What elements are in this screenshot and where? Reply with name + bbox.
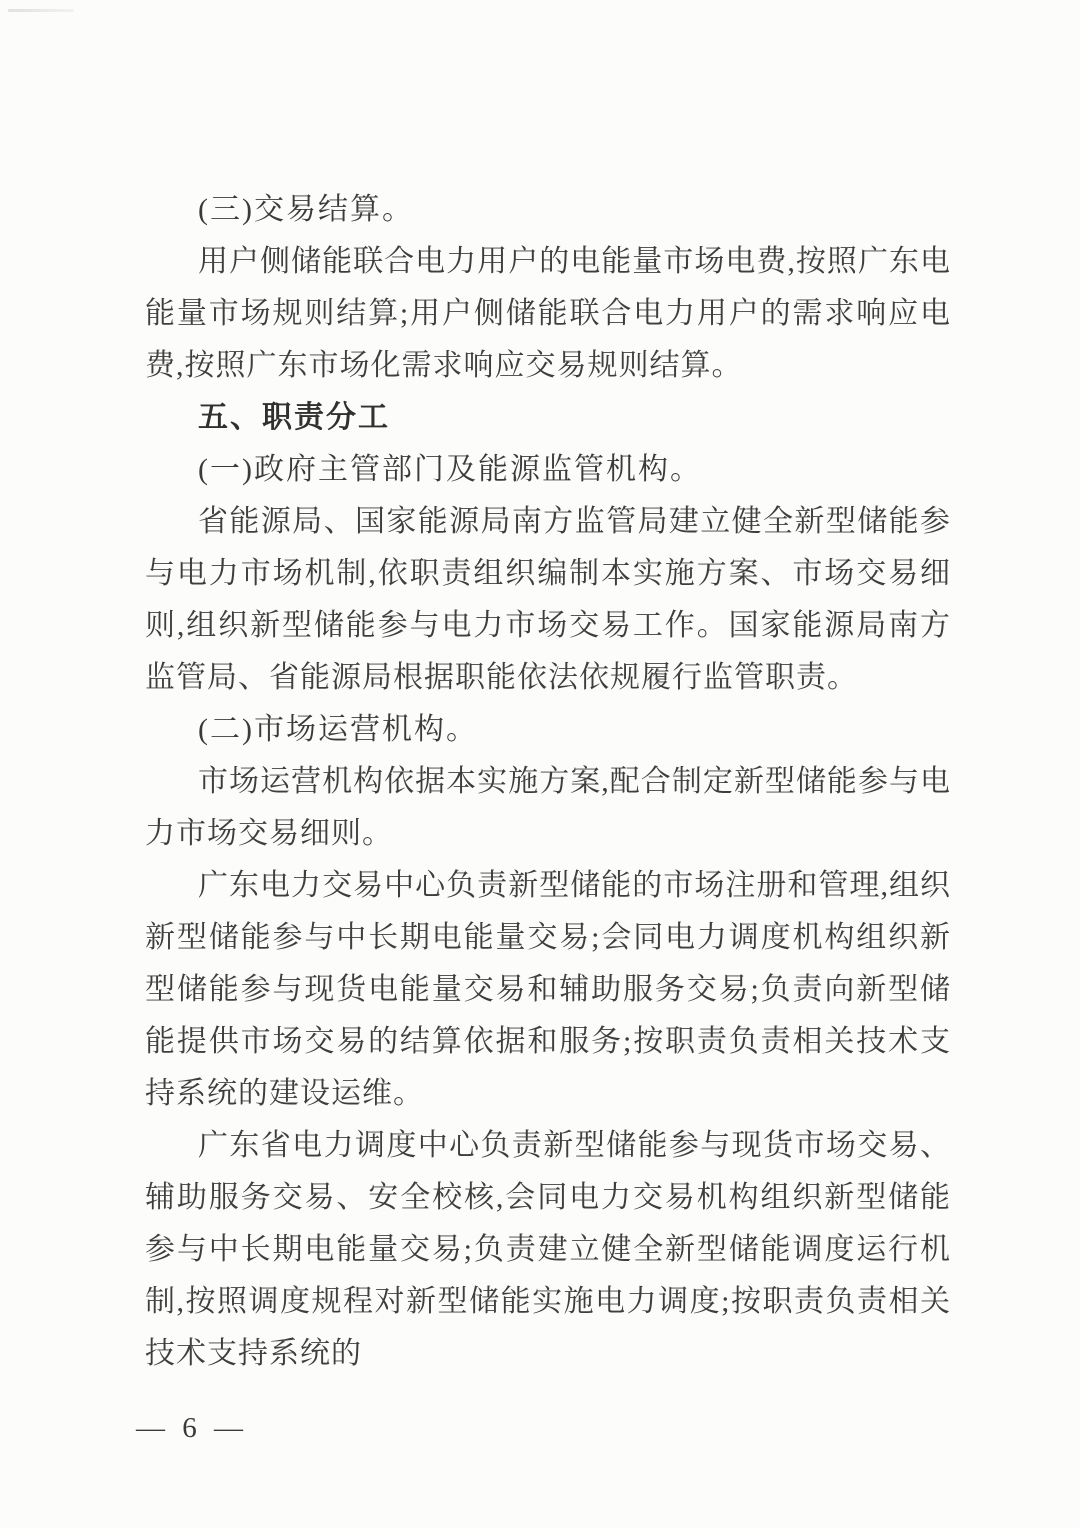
paragraph-market-operator-duties: 市场运营机构依据本实施方案,配合制定新型储能参与电力市场交易细则。	[145, 756, 951, 860]
document-body: (三)交易结算。 用户侧储能联合电力用户的电能量市场电费,按照广东电能量市场规则…	[145, 184, 951, 1380]
scan-artifact-streak	[8, 9, 74, 12]
page-number: — 6 —	[136, 1412, 248, 1445]
subheading-item-2-market-operator: (二)市场运营机构。	[145, 704, 951, 756]
section-heading-5-duties: 五、职责分工	[145, 392, 951, 444]
subheading-item-1-government: (一)政府主管部门及能源监管机构。	[145, 444, 951, 496]
paragraph-settlement-rules: 用户侧储能联合电力用户的电能量市场电费,按照广东电能量市场规则结算;用户侧储能联…	[145, 236, 951, 392]
paragraph-trading-center-duties: 广东电力交易中心负责新型储能的市场注册和管理,组织新型储能参与中长期电能量交易;…	[145, 860, 951, 1120]
paragraph-dispatch-center-duties: 广东省电力调度中心负责新型储能参与现货市场交易、辅助服务交易、安全校核,会同电力…	[145, 1120, 951, 1380]
document-page: (三)交易结算。 用户侧储能联合电力用户的电能量市场电费,按照广东电能量市场规则…	[0, 0, 1080, 1528]
subheading-item-3-settlement: (三)交易结算。	[145, 184, 951, 236]
paragraph-energy-bureau-duties: 省能源局、国家能源局南方监管局建立健全新型储能参与电力市场机制,依职责组织编制本…	[145, 496, 951, 704]
